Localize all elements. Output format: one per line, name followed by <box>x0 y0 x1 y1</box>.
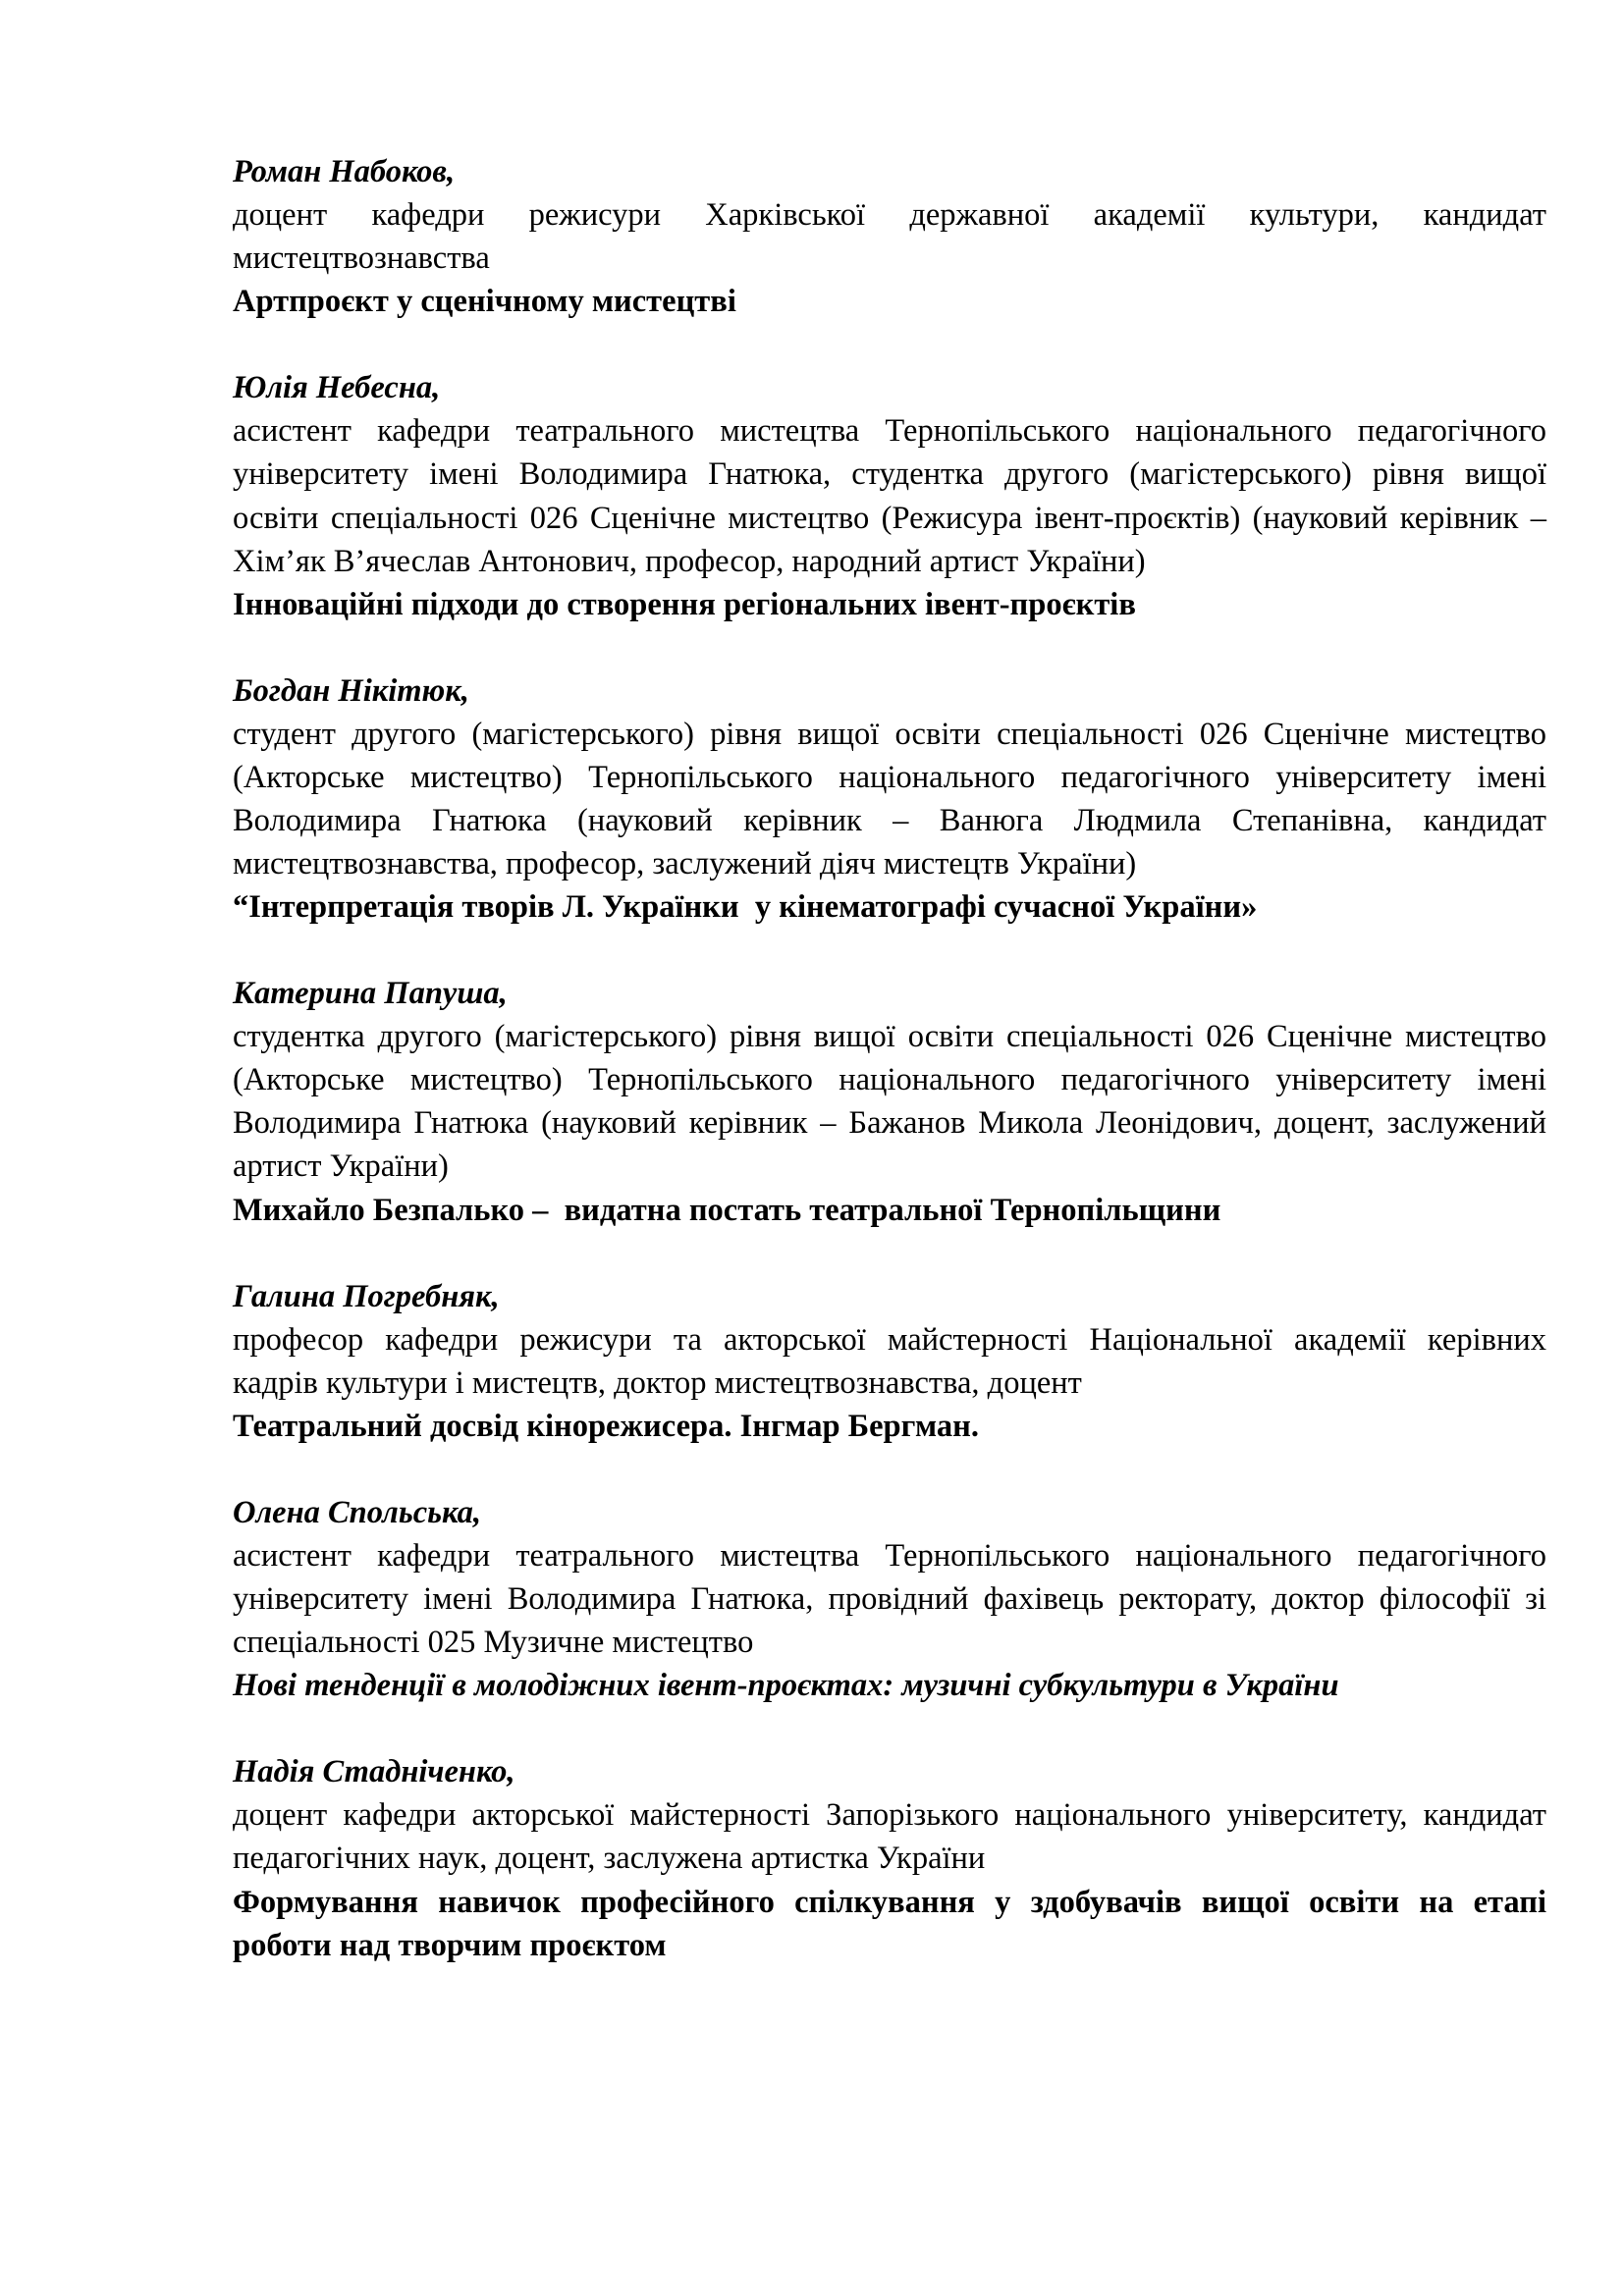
paragraph-spacer <box>233 929 1546 972</box>
speaker-affiliation-line: кадрів культури і мистецтв, доктор мисте… <box>233 1362 1546 1405</box>
talk-title-line: роботи над творчим проєктом <box>233 1924 1546 1967</box>
speaker-affiliation-line: доцент кафедри акторської майстерності З… <box>233 1793 1546 1837</box>
speaker-affiliation-line: освіти спеціальності 026 Сценічне мистец… <box>233 497 1546 540</box>
paragraph-spacer <box>233 1448 1546 1491</box>
speaker-affiliation-line: Хім’як В’ячеслав Антонович, професор, на… <box>233 540 1546 583</box>
speaker-affiliation-line: доцент кафедри режисури Харківської держ… <box>233 193 1546 237</box>
speaker-affiliation-line: (Акторське мистецтво) Тернопільського на… <box>233 1058 1546 1101</box>
speaker-affiliation-line: Володимира Гнатюка (науковий керівник – … <box>233 1101 1546 1145</box>
talk-title-line: Артпроєкт у сценічному мистецтві <box>233 280 1546 323</box>
speaker-affiliation-line: педагогічних наук, доцент, заслужена арт… <box>233 1837 1546 1880</box>
speaker-name: Богдан Нікітюк, <box>233 669 1546 713</box>
speaker-name: Катерина Папуша, <box>233 972 1546 1015</box>
talk-title-line: Формування навичок професійного спілкува… <box>233 1881 1546 1924</box>
paragraph-spacer <box>233 1232 1546 1275</box>
speaker-affiliation-line: асистент кафедри театрального мистецтва … <box>233 409 1546 453</box>
speaker-name: Юлія Небесна, <box>233 366 1546 409</box>
speaker-affiliation-line: артист України) <box>233 1145 1546 1188</box>
speaker-affiliation-line: спеціальності 025 Музичне мистецтво <box>233 1621 1546 1664</box>
speaker-entry: Юлія Небесна,асистент кафедри театрально… <box>233 366 1546 625</box>
speaker-entry: Богдан Нікітюк,студент другого (магістер… <box>233 669 1546 929</box>
speaker-name: Надія Стадніченко, <box>233 1750 1546 1793</box>
talk-title-line: Інноваційні підходи до створення регіона… <box>233 583 1546 626</box>
talk-title-line: Нові тенденції в молодіжних івент-проєкт… <box>233 1664 1546 1707</box>
talk-title-line: Михайло Безпалько – видатна постать теат… <box>233 1189 1546 1232</box>
talk-title-line: “Інтерпретація творів Л. Українки у кіне… <box>233 885 1546 929</box>
speaker-name: Роман Набоков, <box>233 150 1546 193</box>
talk-title-line: Театральний досвід кінорежисера. Інгмар … <box>233 1405 1546 1448</box>
speaker-name: Олена Спольська, <box>233 1491 1546 1534</box>
paragraph-spacer <box>233 323 1546 366</box>
speaker-affiliation-line: мистецтвознавства, професор, заслужений … <box>233 842 1546 885</box>
speaker-affiliation-line: професор кафедри режисури та акторської … <box>233 1318 1546 1362</box>
speaker-affiliation-line: студент другого (магістерського) рівня в… <box>233 713 1546 756</box>
speaker-affiliation-line: асистент кафедри театрального мистецтва … <box>233 1534 1546 1577</box>
speaker-affiliation-line: Володимира Гнатюка (науковий керівник – … <box>233 799 1546 842</box>
paragraph-spacer <box>233 626 1546 669</box>
speaker-entry: Надія Стадніченко,доцент кафедри акторсь… <box>233 1750 1546 1966</box>
speaker-entry: Галина Погребняк,професор кафедри режису… <box>233 1275 1546 1448</box>
speaker-entry: Роман Набоков,доцент кафедри режисури Ха… <box>233 150 1546 323</box>
speaker-affiliation-line: (Акторське мистецтво) Тернопільського на… <box>233 756 1546 799</box>
document-page: Роман Набоков,доцент кафедри режисури Ха… <box>233 150 1546 1967</box>
speaker-affiliation-line: мистецтвознавства <box>233 237 1546 280</box>
paragraph-spacer <box>233 1707 1546 1750</box>
speaker-name: Галина Погребняк, <box>233 1275 1546 1318</box>
speaker-affiliation-line: університету імені Володимира Гнатюка, с… <box>233 453 1546 496</box>
speaker-affiliation-line: університету імені Володимира Гнатюка, п… <box>233 1577 1546 1621</box>
speaker-entry: Катерина Папуша,студентка другого (магіс… <box>233 972 1546 1231</box>
speaker-entry: Олена Спольська,асистент кафедри театрал… <box>233 1491 1546 1707</box>
speaker-affiliation-line: студентка другого (магістерського) рівня… <box>233 1015 1546 1058</box>
